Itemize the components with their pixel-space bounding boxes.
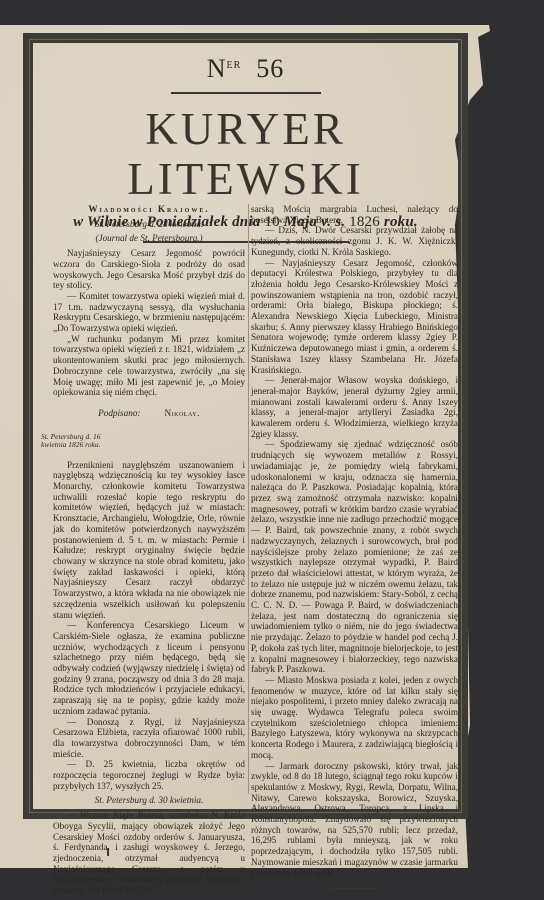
article-paragraph: — Wczora Xiąże Butera, szambelan N. Król… (53, 810, 245, 896)
column-divider (248, 204, 249, 794)
signature-line: Podpisano: Nikołay. (53, 408, 245, 419)
issue-prefix: N (207, 54, 227, 83)
issue-number: NER 56 (33, 54, 458, 84)
masthead-rule-top (171, 92, 321, 94)
dispatch-source: (Journal de St. Petersbourg.) (53, 233, 245, 244)
article-paragraph: — Dziś, N. Dwór Cesarski przywdział żało… (251, 225, 458, 257)
dispatch-place-2: St. Petersburg d. 30 kwietnia. (53, 795, 245, 806)
column-end-rule (332, 888, 377, 889)
article-paragraph: — Nayjaśnieyszy Cesarz Jegomość, członkó… (251, 258, 458, 376)
article-paragraph: — Spodziewamy się zjednać wdzięczność os… (251, 439, 458, 674)
signed-name: Nikołay. (164, 408, 199, 419)
article-paragraph: Nayjaśnieyszy Cesarz Jegomość powrócił w… (53, 248, 245, 291)
dispatch-place: St. Petersburg d. 28 kwietnia. (53, 219, 245, 230)
article-paragraph: — Komitet towarzystwa opieki więzień mia… (53, 291, 245, 334)
article-paragraph: — Konferencya Cesarskiego Liceum w Carsk… (53, 620, 245, 716)
margin-note: St. Petersburg d. 16 kwietnia 1826 roku. (41, 433, 111, 450)
article-paragraph: Przeniknieni nayglębszém uszanowaniem i … (53, 460, 245, 621)
newspaper-title: KURYER LITEWSKI (33, 104, 458, 204)
section-heading: Wiadomości Krajowe. (53, 204, 245, 215)
ink-mark (107, 848, 109, 856)
article-paragraph: — Donoszą z Rygi, iż Nayjaśnieysza Cesar… (53, 717, 245, 760)
article-paragraph: — Jarmark doroczny pskowski, który trwał… (251, 761, 458, 879)
left-column: Wiadomości Krajowe. St. Petersburg d. 28… (53, 204, 245, 896)
article-paragraph: — Jenerał-major Własow woyska dońskiego,… (251, 375, 458, 439)
signed-label: Podpisano: (98, 408, 140, 419)
right-column: sarską Mością margrabia Luchesi, należąc… (251, 204, 458, 889)
article-paragraph: sarską Mością margrabia Luchesi, należąc… (251, 204, 458, 225)
issue-sup: ER (227, 60, 242, 71)
article-paragraph: — Miasto Moskwa posiada z kolei, jeden z… (251, 675, 458, 761)
issue-number-value: 56 (256, 54, 284, 83)
article-paragraph: — D. 25 kwietnia, liczba okrętów od rozp… (53, 759, 245, 791)
article-paragraph: „W rachunku podanym Mi przez komitet tow… (53, 334, 245, 398)
